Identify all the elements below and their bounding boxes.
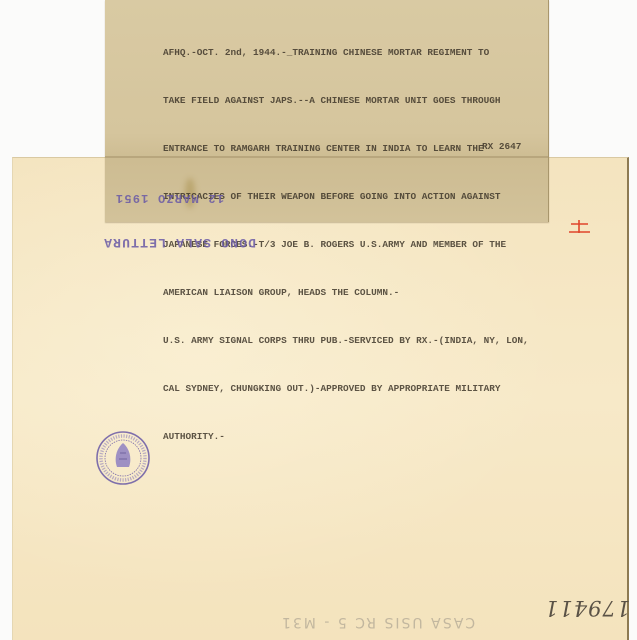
caption-line: AFHQ.-OCT. 2nd, 1944.-_TRAINING CHINESE … xyxy=(163,45,529,61)
stamp-line-1: DONO SALA LETTURA xyxy=(94,235,256,250)
stamp-line-2: 12 MARZO 1951 xyxy=(94,190,256,205)
caption-line: AMERICAN LIAISON GROUP, HEADS THE COLUMN… xyxy=(163,285,529,301)
caption-ref-code: RX 2647 xyxy=(482,141,521,152)
caption-line: TAKE FIELD AGAINST JAPS.--A CHINESE MORT… xyxy=(163,93,529,109)
handwritten-catalog-number: 179411 xyxy=(544,596,630,620)
caption-line: ENTRANCE TO RAMGARH TRAINING CENTER IN I… xyxy=(163,141,529,157)
caption-line: CAL SYDNEY, CHUNGKING OUT.)-APPROVED BY … xyxy=(163,381,529,397)
circular-seal-icon xyxy=(94,429,152,487)
caption-line: U.S. ARMY SIGNAL CORPS THRU PUB.-SERVICE… xyxy=(163,333,529,349)
caption-line: AUTHORITY.- xyxy=(163,429,529,445)
library-stamp: DONO SALA LETTURA 12 MARZO 1951 xyxy=(94,160,256,280)
pencil-archive-note: CASA USIS RC 5 - M31 xyxy=(280,614,475,630)
red-cross-mark-icon xyxy=(568,219,592,235)
